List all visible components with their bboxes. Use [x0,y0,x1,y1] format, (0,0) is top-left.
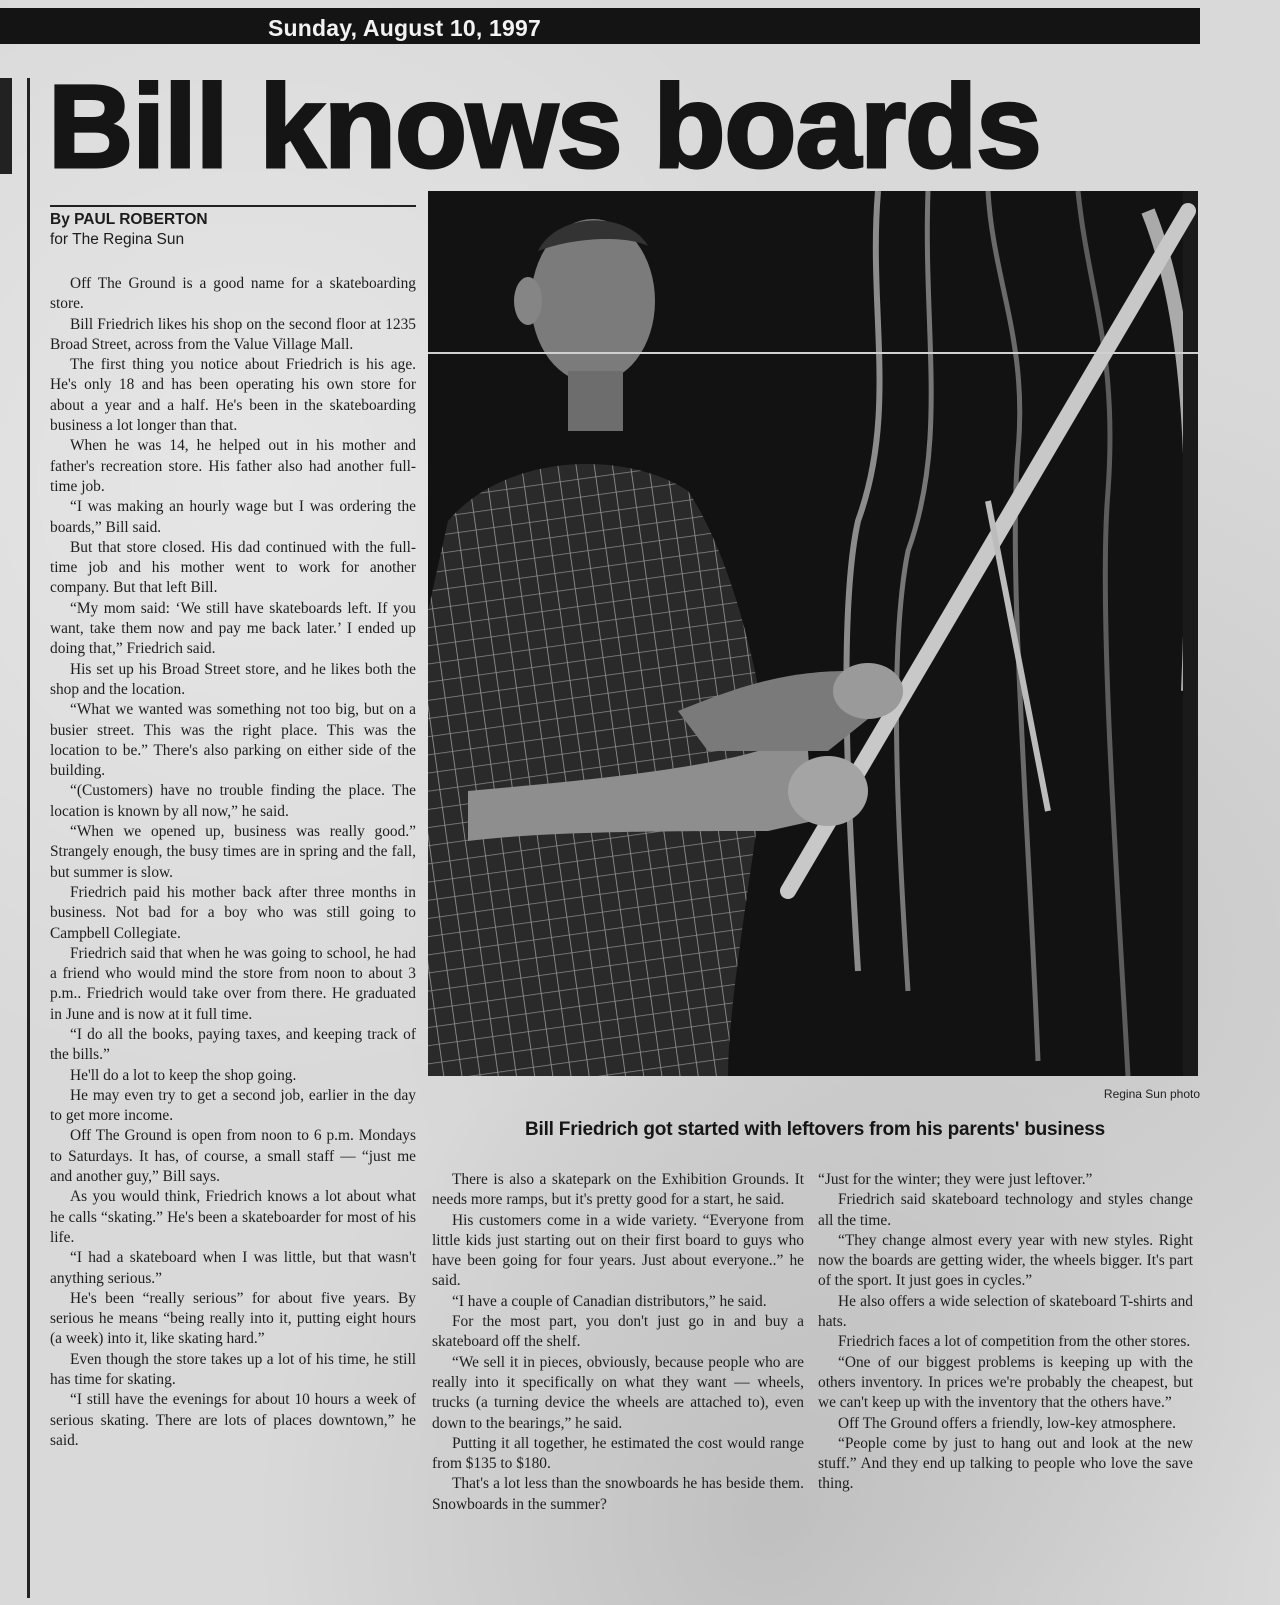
paragraph: “I still have the evenings for about 10 … [50,1390,416,1451]
paragraph: His set up his Broad Street store, and h… [50,660,416,701]
paragraph: That's a lot less than the snowboards he… [432,1474,804,1515]
photo-credit: Regina Sun photo [1040,1087,1200,1101]
paragraph: “They change almost every year with new … [818,1231,1193,1292]
paragraph: “Just for the winter; they were just lef… [818,1170,1193,1190]
publication-date: Sunday, August 10, 1997 [268,10,541,46]
paragraph: “My mom said: ‘We still have skateboards… [50,599,416,660]
paragraph: Bill Friedrich likes his shop on the sec… [50,315,416,356]
byline: By PAUL ROBERTON for The Regina Sun [50,210,416,250]
paragraph: “I was making an hourly wage but I was o… [50,497,416,538]
article-column-2: There is also a skatepark on the Exhibit… [432,1170,804,1515]
paragraph: He may even try to get a second job, ear… [50,1086,416,1127]
paragraph: Friedrich paid his mother back after thr… [50,883,416,944]
paragraph: “What we wanted was something not too bi… [50,700,416,781]
article-column-3: “Just for the winter; they were just lef… [818,1170,1193,1495]
paragraph: “When we opened up, business was really … [50,822,416,883]
paragraph: Off The Ground offers a friendly, low-ke… [818,1414,1193,1434]
paragraph: But that store closed. His dad continued… [50,538,416,599]
paragraph: Putting it all together, he estimated th… [432,1434,804,1475]
paragraph: As you would think, Friedrich knows a lo… [50,1187,416,1248]
article-photo [428,191,1198,1076]
paragraph: “I have a couple of Canadian distributor… [432,1292,804,1312]
article-column-1: Off The Ground is a good name for a skat… [50,274,416,1451]
byline-affiliation: for The Regina Sun [50,230,416,250]
paragraph: He also offers a wide selection of skate… [818,1292,1193,1333]
byline-author: By PAUL ROBERTON [50,210,416,230]
photo-illustration [428,191,1198,1076]
paragraph: Friedrich said that when he was going to… [50,944,416,1025]
paragraph: His customers come in a wide variety. “E… [432,1211,804,1292]
date-banner [0,8,1200,44]
paragraph: Off The Ground is a good name for a skat… [50,274,416,315]
photo-caption: Bill Friedrich got started with leftover… [430,1119,1200,1141]
paragraph: “I do all the books, paying taxes, and k… [50,1025,416,1066]
paragraph: “We sell it in pieces, obviously, becaus… [432,1353,804,1434]
paragraph: “One of our biggest problems is keeping … [818,1353,1193,1414]
paragraph: He'll do a lot to keep the shop going. [50,1066,416,1086]
paragraph: The first thing you notice about Friedri… [50,355,416,436]
column-divider-rule [27,78,30,1598]
paragraph: “I had a skateboard when I was little, b… [50,1248,416,1289]
paragraph: “People come by just to hang out and loo… [818,1434,1193,1495]
article-headline: Bill knows boards [48,62,1208,192]
paragraph: When he was 14, he helped out in his mot… [50,436,416,497]
paragraph: For the most part, you don't just go in … [432,1312,804,1353]
paragraph: Friedrich said skateboard technology and… [818,1190,1193,1231]
paragraph: Even though the store takes up a lot of … [50,1350,416,1391]
byline-rule [50,205,416,207]
adjacent-column-edge [0,78,12,174]
paragraph: Off The Ground is open from noon to 6 p.… [50,1126,416,1187]
paragraph: “(Customers) have no trouble finding the… [50,781,416,822]
paragraph: There is also a skatepark on the Exhibit… [432,1170,804,1211]
paragraph: He's been “really serious” for about fiv… [50,1289,416,1350]
paragraph: Friedrich faces a lot of competition fro… [818,1332,1193,1352]
